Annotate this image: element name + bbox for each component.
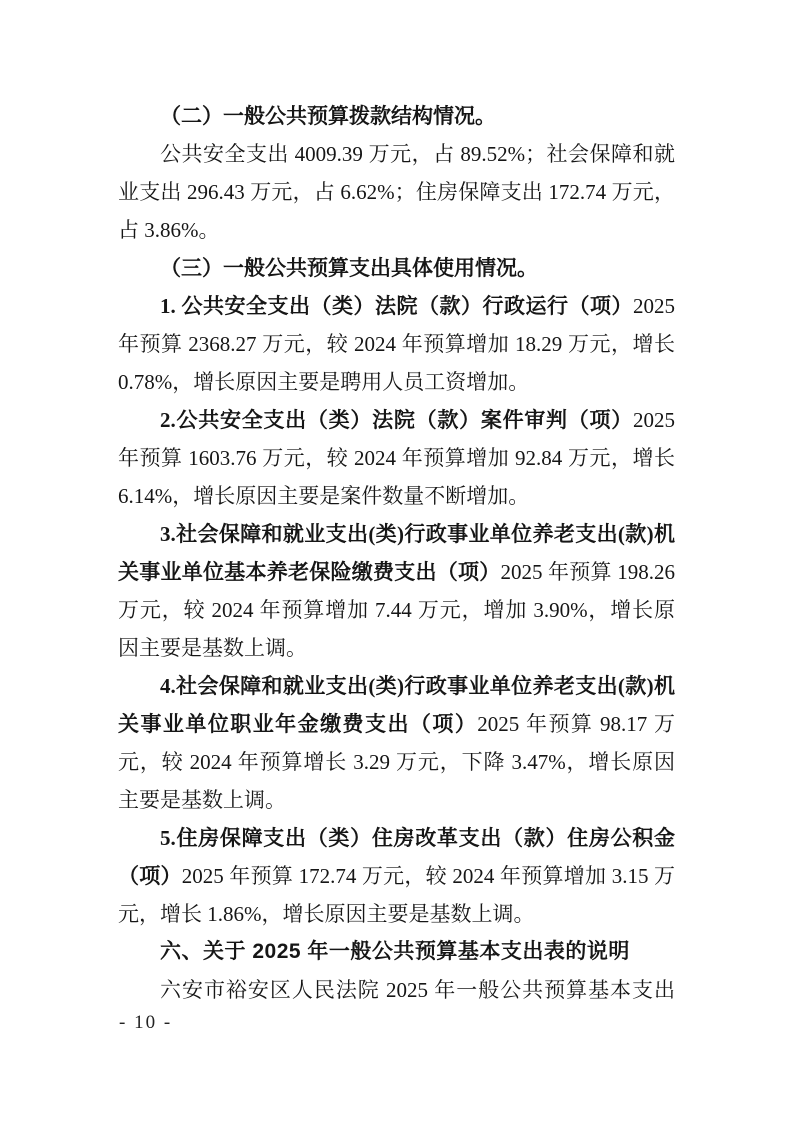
item-3-pension-basic-insurance: 3.社会保障和就业支出(类)行政事业单位养老支出(款)机关事业单位基本养老保险缴… — [118, 515, 675, 667]
document-body: （二）一般公共预算拨款结构情况。 公共安全支出 4009.39 万元，占 89.… — [118, 97, 675, 1009]
heading-section-6-basic-expenditure: 六、关于 2025 年一般公共预算基本支出表的说明 — [118, 933, 675, 971]
para-basic-expenditure-intro: 六安市裕安区人民法院 2025 年一般公共预算基本支出 — [118, 971, 675, 1009]
item-1-public-safety-admin: 1. 公共安全支出（类）法院（款）行政运行（项）2025 年预算 2368.27… — [118, 287, 675, 401]
item-2-title: 2.公共安全支出（类）法院（款）案件审判（项） — [160, 408, 633, 432]
heading-budget-allocation-structure: （二）一般公共预算拨款结构情况。 — [118, 97, 675, 135]
document-page: （二）一般公共预算拨款结构情况。 公共安全支出 4009.39 万元，占 89.… — [0, 0, 793, 1122]
para-budget-structure-detail: 公共安全支出 4009.39 万元，占 89.52%；社会保障和就业支出 296… — [118, 135, 675, 249]
item-5-housing-fund: 5.住房保障支出（类）住房改革支出（款）住房公积金（项）2025 年预算 172… — [118, 819, 675, 933]
item-1-title: 1. 公共安全支出（类）法院（款）行政运行（项） — [160, 294, 633, 318]
page-number: - 10 - — [119, 1010, 172, 1036]
heading-expenditure-specific-usage: （三）一般公共预算支出具体使用情况。 — [118, 249, 675, 287]
item-2-public-safety-trial: 2.公共安全支出（类）法院（款）案件审判（项）2025 年预算 1603.76 … — [118, 401, 675, 515]
item-4-occupational-annuity: 4.社会保障和就业支出(类)行政事业单位养老支出(款)机关事业单位职业年金缴费支… — [118, 667, 675, 819]
item-5-detail: 2025 年预算 172.74 万元，较 2024 年预算增加 3.15 万元，… — [118, 864, 675, 926]
